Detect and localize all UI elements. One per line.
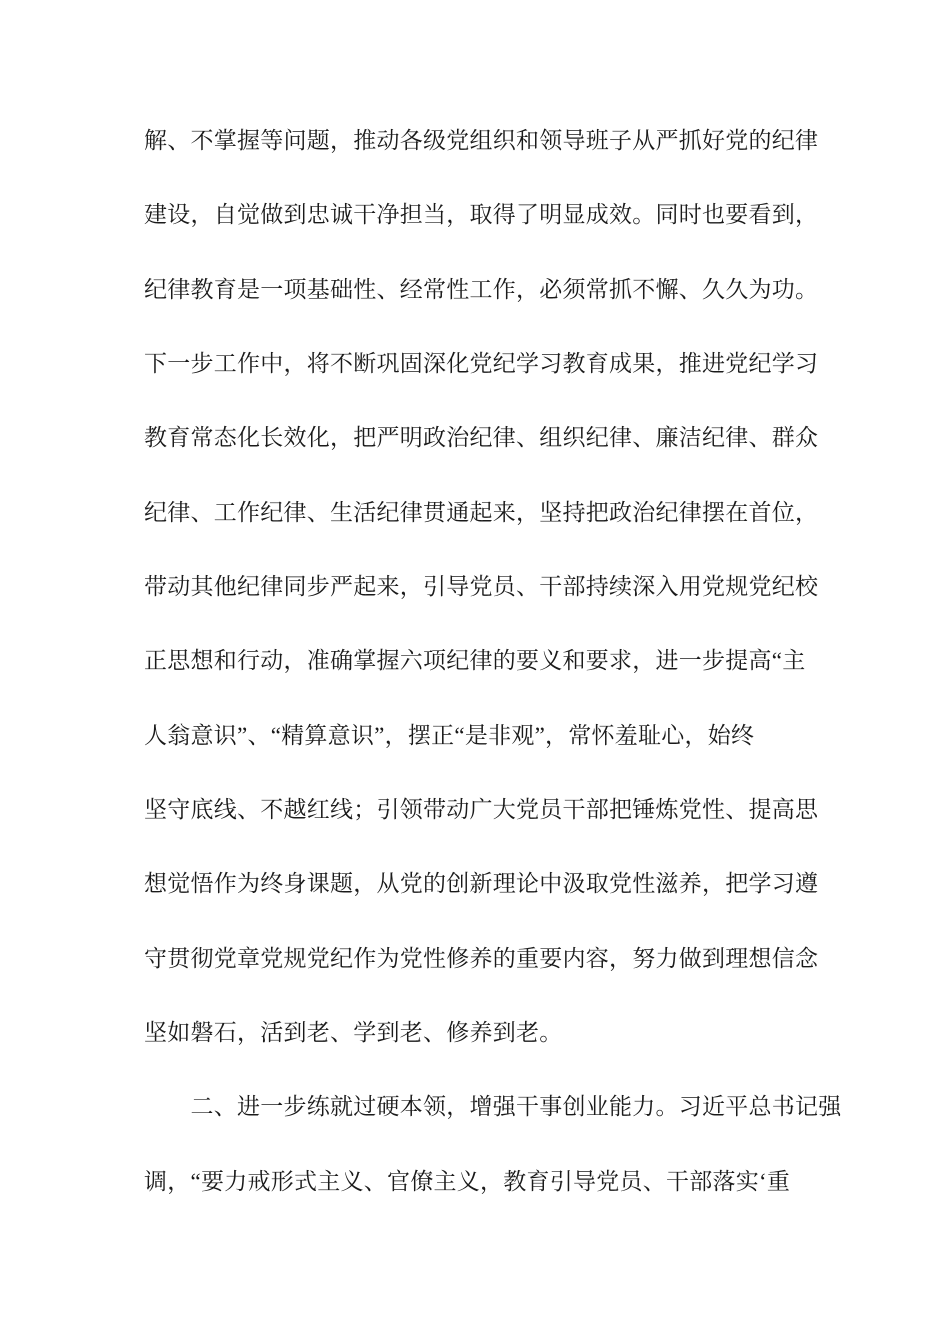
text-line: 解、不掌握等问题，推动各级党组织和领导班子从严抓好党的纪律 (144, 104, 824, 178)
text-line: 带动其他纪律同步严起来，引导党员、干部持续深入用党规党纪校 (144, 550, 824, 624)
document-text-block: 解、不掌握等问题，推动各级党组织和领导班子从严抓好党的纪律建设，自觉做到忠诚干净… (144, 104, 824, 1219)
text-line: 纪律教育是一项基础性、经常性工作，必须常抓不懈、久久为功。 (144, 253, 824, 327)
text-line: 坚守底线、不越红线；引领带动广大党员干部把锤炼党性、提高思 (144, 773, 824, 847)
text-line: 想觉悟作为终身课题，从党的创新理论中汲取党性滋养，把学习遵 (144, 847, 824, 921)
text-line: 人翁意识”、“精算意识”，摆正“是非观”，常怀羞耻心，始终 (144, 699, 824, 773)
text-line: 二、进一步练就过硬本领，增强干事创业能力。习近平总书记强 (144, 1070, 824, 1144)
text-line: 守贯彻党章党规党纪作为党性修养的重要内容，努力做到理想信念 (144, 922, 824, 996)
text-line: 教育常态化长效化，把严明政治纪律、组织纪律、廉洁纪律、群众 (144, 401, 824, 475)
text-line: 调，“要力戒形式主义、官僚主义，教育引导党员、干部落实‘重 (144, 1145, 824, 1219)
text-line: 纪律、工作纪律、生活纪律贯通起来，坚持把政治纪律摆在首位， (144, 476, 824, 550)
text-line: 坚如磐石，活到老、学到老、修养到老。 (144, 996, 824, 1070)
text-line: 下一步工作中，将不断巩固深化党纪学习教育成果，推进党纪学习 (144, 327, 824, 401)
text-line: 建设，自觉做到忠诚干净担当，取得了明显成效。同时也要看到， (144, 178, 824, 252)
document-page: 解、不掌握等问题，推动各级党组织和领导班子从严抓好党的纪律建设，自觉做到忠诚干净… (0, 0, 950, 1344)
text-line: 正思想和行动，准确掌握六项纪律的要义和要求，进一步提高“主 (144, 624, 824, 698)
